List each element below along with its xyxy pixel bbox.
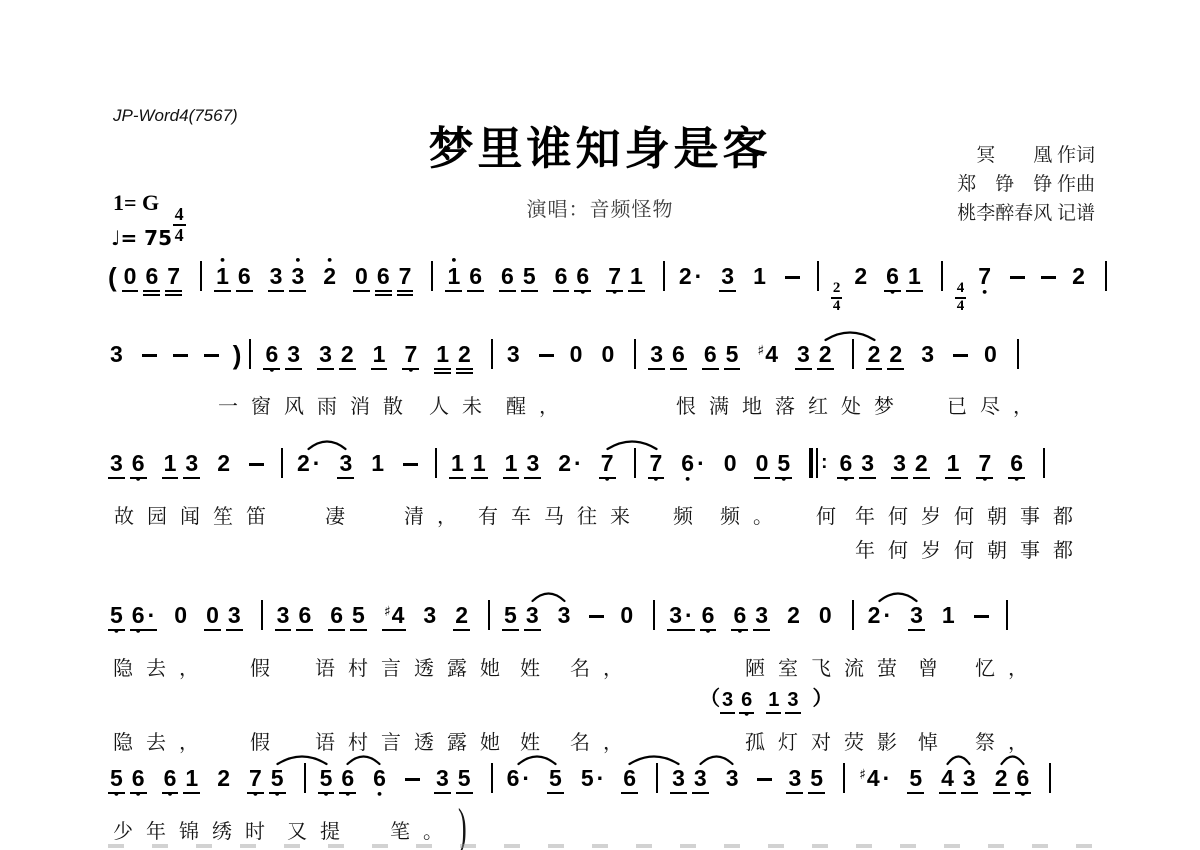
note-token: 6	[375, 263, 392, 296]
note-token: 6	[702, 341, 719, 370]
octave-dot-below: •	[1013, 473, 1020, 486]
augmentation-dot: ·	[883, 765, 891, 791]
barline	[1006, 600, 1008, 630]
music-system-2: 3)6•33217•123003665♯4322230一窗风雨消散人未醒，恨满地…	[108, 340, 1110, 420]
note-number: 1	[908, 265, 921, 288]
note-token: 7•	[247, 765, 264, 794]
note-number: 1	[371, 452, 384, 475]
note-token: 6	[143, 263, 160, 296]
note-token: 6•	[162, 765, 179, 794]
note-token: 0	[722, 450, 739, 479]
octave-dot-below: •	[344, 788, 351, 801]
note-number: 6	[145, 265, 158, 288]
music-system-4: 5•6•·0033665♯43253303·6•6•3202·31隐去，假语村言…	[108, 602, 1110, 756]
augmentation-dot: ·	[883, 602, 891, 628]
lyric-segment: 恨满地落红处梦	[676, 390, 907, 419]
note-token: 7•	[599, 450, 616, 479]
note-token: 5	[547, 765, 564, 794]
notes-row: 36•1322·3111132·7•7•6•·005•:6•33217•6•	[108, 450, 1110, 486]
note-number: 2	[217, 452, 230, 475]
note-token: 3	[670, 765, 687, 794]
note-token: 6	[621, 765, 638, 794]
note-token: 1	[449, 450, 466, 479]
note-number: 1	[630, 265, 643, 288]
note-token: 3	[961, 765, 978, 794]
note-token: 0	[754, 450, 771, 479]
duration-dash	[1010, 276, 1025, 279]
lyric-segment: 悼	[918, 726, 951, 755]
note-number: 7•	[978, 265, 991, 288]
note-token: 6	[236, 263, 253, 292]
note-number: 6	[377, 265, 390, 288]
note-number: 2	[995, 767, 1008, 790]
octave-dot-below: •	[604, 473, 611, 486]
note-number: 6•	[373, 767, 386, 790]
barline	[491, 339, 493, 369]
note-token: 6•	[837, 450, 854, 479]
note-token: 6•	[1015, 765, 1032, 794]
note-number: 0	[984, 343, 997, 366]
note-token: 7	[397, 263, 414, 296]
note-token: ♯4·	[857, 765, 892, 794]
music-system-3: 36•1322·3111132·7•7•6•·005•:6•33217•6•故园…	[108, 450, 1110, 564]
note-number: 2	[819, 343, 832, 366]
note-number: 1	[451, 452, 464, 475]
closing-brace: )	[458, 798, 467, 850]
note-number: 0	[206, 604, 219, 627]
note-number: 2	[341, 343, 354, 366]
note-number: 1	[164, 452, 177, 475]
note-token: 3	[421, 602, 438, 631]
lyric-segment: 频	[673, 500, 706, 529]
note-token: 2•	[321, 263, 338, 292]
duration-dash	[974, 615, 989, 618]
augmentation-dot: ·	[574, 450, 582, 476]
octave-dot-below: •	[652, 473, 659, 486]
note-token: ♯4	[755, 341, 780, 370]
note-token: 2	[817, 341, 834, 370]
note-number: 5	[352, 604, 365, 627]
note-token: 2	[852, 263, 869, 292]
note-number: 3	[558, 604, 571, 627]
note-number: 1	[947, 452, 960, 475]
sharp-icon: ♯	[757, 343, 764, 359]
note-token: 0	[204, 602, 221, 631]
barline	[200, 261, 202, 291]
note-number: 0	[355, 265, 368, 288]
inline-notation-row: （36•13）	[700, 682, 1110, 712]
note-token: 2	[215, 765, 232, 794]
note-token: 3·	[667, 602, 694, 631]
augmentation-dot: ·	[313, 450, 321, 476]
note-number: 7•	[249, 767, 262, 790]
note-number: 3	[228, 604, 241, 627]
note-number: 6	[623, 767, 636, 790]
note-number: 0	[124, 265, 137, 288]
note-number: 1	[753, 265, 766, 288]
note-number: 2	[455, 604, 468, 627]
octave-dot-below: •	[780, 473, 787, 486]
time-sig-denominator: 4	[833, 299, 841, 315]
note-number: 5	[523, 265, 536, 288]
octave-dot-below: •	[981, 473, 988, 486]
octave-dot-below: •	[705, 625, 712, 638]
note-token: 5•	[108, 602, 125, 631]
duration-dash	[757, 778, 772, 781]
note-token: 2	[887, 341, 904, 370]
note-number: 7•	[404, 343, 417, 366]
note-number: 6•	[733, 604, 746, 627]
note-number: 3	[797, 343, 810, 366]
note-number: 6•	[702, 604, 715, 627]
note-token: 3	[556, 602, 573, 631]
note-number: 1	[436, 343, 449, 366]
note-token: 1	[371, 341, 388, 370]
paren-symbol: （	[700, 682, 720, 711]
note-token: 3	[226, 602, 243, 631]
note-number: 3	[526, 452, 539, 475]
note-number: 7•	[650, 452, 663, 475]
augmentation-dot: ·	[148, 602, 156, 628]
time-sig-numerator: 2	[831, 281, 843, 299]
note-number: 6•	[132, 767, 145, 790]
lyric-segment: 曾	[918, 652, 951, 681]
octave-dot-above: •	[450, 254, 457, 267]
note-number: 1	[942, 604, 955, 627]
lyrics-row: 故园闻笙笛凄清，有车马往来频频。何年何岁何朝事都	[108, 500, 1110, 530]
slur-arc	[278, 757, 327, 765]
note-token: 3	[786, 765, 803, 794]
note-number: 4	[392, 604, 405, 627]
octave-dot-below: •	[611, 286, 618, 299]
note-number: 2	[679, 265, 692, 288]
note-number: 7	[167, 265, 180, 288]
lyrics-row: 隐去，假语村言透露她姓名，孤灯对荧影悼祭，	[108, 726, 1110, 756]
note-token: 3	[720, 688, 735, 714]
note-token: 1	[503, 450, 520, 479]
lyric-segment: 年何岁何朝事都	[855, 500, 1086, 529]
note-token: 2	[453, 602, 470, 631]
octave-dot-below: •	[579, 286, 586, 299]
music-system-5: 5•6•6•127•5•5•6•6•356·55·633335♯4·54326•…	[108, 765, 1110, 845]
note-token: 3	[785, 688, 800, 714]
slur-arc	[1002, 757, 1024, 765]
note-number: 3	[339, 452, 352, 475]
note-number: 2	[787, 604, 800, 627]
slur-arc	[309, 442, 346, 450]
barline	[431, 261, 433, 291]
note-token: 5	[456, 765, 473, 794]
repeat-begin-sign: :	[809, 448, 827, 478]
slur-arc	[826, 333, 875, 341]
note-token: 0	[353, 263, 370, 292]
note-number: 1•	[447, 265, 460, 288]
note-token: 3	[317, 341, 334, 370]
note-number: 7	[399, 265, 412, 288]
note-token: 1	[945, 450, 962, 479]
duration-dash	[142, 354, 157, 357]
barline	[656, 763, 658, 793]
note-number: 0	[174, 604, 187, 627]
lyric-segment: 故园闻笙笛	[114, 500, 279, 529]
duration-dash	[539, 354, 554, 357]
note-number: 0	[756, 452, 769, 475]
note-token: 2·	[295, 450, 322, 479]
repeat-thin-bar	[816, 448, 818, 478]
augmentation-dot: ·	[522, 765, 530, 791]
note-number: 3	[721, 265, 734, 288]
credit-transcriber: 桃李醉春风 记谱	[957, 199, 1095, 228]
note-token: 0	[982, 341, 999, 370]
lyrics-row: 一窗风雨消散人未醒，恨满地落红处梦已尽，	[108, 390, 1110, 420]
note-token: 1	[183, 765, 200, 794]
note-number: 6	[704, 343, 717, 366]
augmentation-dot: ·	[695, 263, 703, 289]
lyric-segment: 假	[250, 726, 283, 755]
barline	[1049, 763, 1051, 793]
note-token: 2	[993, 765, 1010, 794]
slur-arc	[701, 757, 733, 765]
key-letter: G	[142, 190, 159, 215]
octave-dot-below: •	[407, 364, 414, 377]
note-number: 2	[889, 343, 902, 366]
octave-dot-below: •	[268, 364, 275, 377]
note-token: 1•	[445, 263, 462, 292]
duration-dash	[785, 276, 800, 279]
duration-dash	[173, 354, 188, 357]
lyric-segment: 已尽，	[947, 390, 1046, 419]
note-token: 6·	[505, 765, 532, 794]
note-token: 5	[521, 263, 538, 292]
duration-dash	[204, 354, 219, 357]
barline	[817, 261, 819, 291]
note-token: 6•	[130, 450, 147, 479]
credit-lyricist: 冥 凰 作词	[957, 141, 1095, 170]
note-number: 3	[672, 767, 685, 790]
barline	[281, 448, 283, 478]
duration-dash	[589, 615, 604, 618]
note-token: 6•	[731, 602, 748, 631]
barline	[261, 600, 263, 630]
notes-row: 5•6•6•127•5•5•6•6•356·55·633335♯4·54326•	[108, 765, 1110, 801]
note-token: 3	[524, 450, 541, 479]
note-number: 3	[722, 690, 733, 710]
note-token: 3	[285, 341, 302, 370]
note-token: 5•	[108, 765, 125, 794]
note-number: 6	[501, 265, 514, 288]
note-token: 3	[795, 341, 812, 370]
note-number: 3	[287, 343, 300, 366]
barline	[852, 339, 854, 369]
octave-dot-below: •	[981, 286, 988, 299]
note-number: 2	[868, 604, 881, 627]
note-token: 3	[891, 450, 908, 479]
note-token: 2	[785, 602, 802, 631]
meter-numerator: 4	[173, 205, 186, 226]
octave-dot-below: •	[166, 788, 173, 801]
note-token: 0	[817, 602, 834, 631]
note-token: 6	[328, 602, 345, 631]
note-number: 0	[570, 343, 583, 366]
slur-arc	[608, 442, 657, 450]
credit-composer: 郑 铮 铮 作曲	[957, 170, 1095, 199]
meter-fraction: 4 4	[173, 205, 186, 245]
lyric-segment: 名，	[570, 726, 636, 755]
barline	[249, 339, 251, 369]
note-token: 2	[339, 341, 356, 370]
note-token: 7•	[648, 450, 665, 479]
note-token: 1	[434, 341, 451, 374]
duration-dash	[405, 778, 420, 781]
note-token: 3	[337, 450, 354, 479]
lyric-segment: 笔。	[390, 815, 456, 844]
octave-dot-below: •	[135, 473, 142, 486]
note-token: 6•	[263, 341, 280, 370]
note-number: 5	[504, 604, 517, 627]
note-token: 5	[502, 602, 519, 631]
time-signature: 44	[955, 281, 967, 315]
note-number: 2	[854, 265, 867, 288]
note-token: 1	[906, 263, 923, 292]
duration-dash	[249, 463, 264, 466]
lyric-segment: 频。	[720, 500, 786, 529]
note-token: 0	[122, 263, 139, 292]
note-number: 6	[672, 343, 685, 366]
note-token: 3•	[289, 263, 306, 292]
lyric-segment: 孤灯对荧影	[745, 726, 910, 755]
note-token: 7•	[976, 263, 993, 292]
note-token: 6•	[884, 263, 901, 292]
note-number: 5•	[777, 452, 790, 475]
slur-arc	[630, 757, 679, 765]
note-token: 3	[648, 341, 665, 370]
note-number: 6•	[741, 690, 752, 710]
barline	[663, 261, 665, 291]
note-token: 5•	[269, 765, 286, 794]
note-number: 7•	[601, 452, 614, 475]
lyric-segment: 醒，	[506, 390, 572, 419]
note-number: 3	[185, 452, 198, 475]
slur-arc	[348, 757, 380, 765]
lyric-segment: 语村言透露她	[315, 652, 513, 681]
note-token: 1	[162, 450, 179, 479]
note-number: 6•	[1017, 767, 1030, 790]
note-token: 1	[369, 450, 386, 479]
note-token: 0	[618, 602, 635, 631]
note-number: 3	[669, 604, 682, 627]
octave-dot-below: •	[743, 708, 750, 721]
note-token: 5·	[579, 765, 606, 794]
note-number: 6	[469, 265, 482, 288]
note-token: 2	[913, 450, 930, 479]
note-number: 6•	[132, 604, 145, 627]
note-token: 6•	[130, 765, 147, 794]
note-token: 1	[751, 263, 768, 292]
note-number: 1	[768, 690, 779, 710]
lyric-segment: 清，	[404, 500, 470, 529]
note-token: 2	[1070, 263, 1087, 292]
note-number: 6•	[132, 452, 145, 475]
note-number: 3	[755, 604, 768, 627]
note-token: 2	[456, 341, 473, 374]
note-token: 6•	[339, 765, 356, 794]
octave-dot-below: •	[1019, 788, 1026, 801]
octave-dot-below: •	[135, 788, 142, 801]
octave-dot-below: •	[252, 788, 259, 801]
note-number: 7•	[608, 265, 621, 288]
note-number: 7•	[978, 452, 991, 475]
note-number: 5	[549, 767, 562, 790]
credits-block: 冥 凰 作词 郑 铮 铮 作曲 桃李醉春风 记谱	[957, 141, 1095, 228]
note-token: 0	[172, 602, 189, 631]
lyrics-row: 年何岁何朝事都	[108, 534, 1110, 564]
key-prefix: 1=	[113, 190, 137, 215]
notes-row: 5•6•·0033665♯43253303·6•6•3202·31	[108, 602, 1110, 638]
octave-dot-below: •	[274, 788, 281, 801]
note-number: 3	[694, 767, 707, 790]
barline	[304, 763, 306, 793]
note-token: 3	[524, 602, 541, 631]
note-token: 1	[940, 602, 957, 631]
note-token: 5	[350, 602, 367, 631]
note-token: 6•	[371, 765, 388, 794]
note-number: 3	[650, 343, 663, 366]
lyric-segment: 隐去，	[113, 726, 212, 755]
lyric-segment: 祭，	[975, 726, 1041, 755]
note-number: 2	[458, 343, 471, 366]
note-number: 2	[217, 767, 230, 790]
note-token: 7	[165, 263, 182, 296]
note-token: 6	[467, 263, 484, 292]
lyric-segment: 凄	[325, 500, 358, 529]
lyric-segment: 名，	[570, 652, 636, 681]
octave-dot-below: •	[684, 473, 691, 486]
note-number: 6	[298, 604, 311, 627]
note-number: 3	[861, 452, 874, 475]
music-system-1: (0671•633•2•0671•66566•7•12·312426•1447•…	[108, 262, 1110, 298]
note-number: 0	[620, 604, 633, 627]
note-number: 6•	[886, 265, 899, 288]
note-token: 2·	[866, 602, 893, 631]
note-token: 6	[553, 263, 570, 292]
note-token: 2·	[556, 450, 583, 479]
note-token: 3	[692, 765, 709, 794]
duration-dash	[403, 463, 418, 466]
note-token: 0	[599, 341, 616, 370]
octave-dot-above: •	[326, 254, 333, 267]
note-number: 3	[788, 767, 801, 790]
octave-dot-below: •	[736, 625, 743, 638]
note-token: 7•	[402, 341, 419, 370]
barline	[634, 448, 636, 478]
note-token: 3	[183, 450, 200, 479]
note-number: 5	[726, 343, 739, 366]
lyrics-row: 少年锦绣时又提笔。)	[108, 815, 1110, 845]
note-number: 2	[868, 343, 881, 366]
note-number: 3	[507, 343, 520, 366]
octave-dot-below: •	[376, 788, 383, 801]
barline	[634, 339, 636, 369]
slur-arc	[880, 594, 917, 602]
lyric-segment: 语村言透露她	[315, 726, 513, 755]
note-number: 3	[110, 343, 123, 366]
augmentation-dot: ·	[697, 450, 705, 476]
note-number: 6	[330, 604, 343, 627]
note-token: 3	[505, 341, 522, 370]
time-sig-numerator: 4	[955, 281, 967, 299]
note-token: ♯4	[382, 602, 407, 631]
note-token: 4	[939, 765, 956, 794]
